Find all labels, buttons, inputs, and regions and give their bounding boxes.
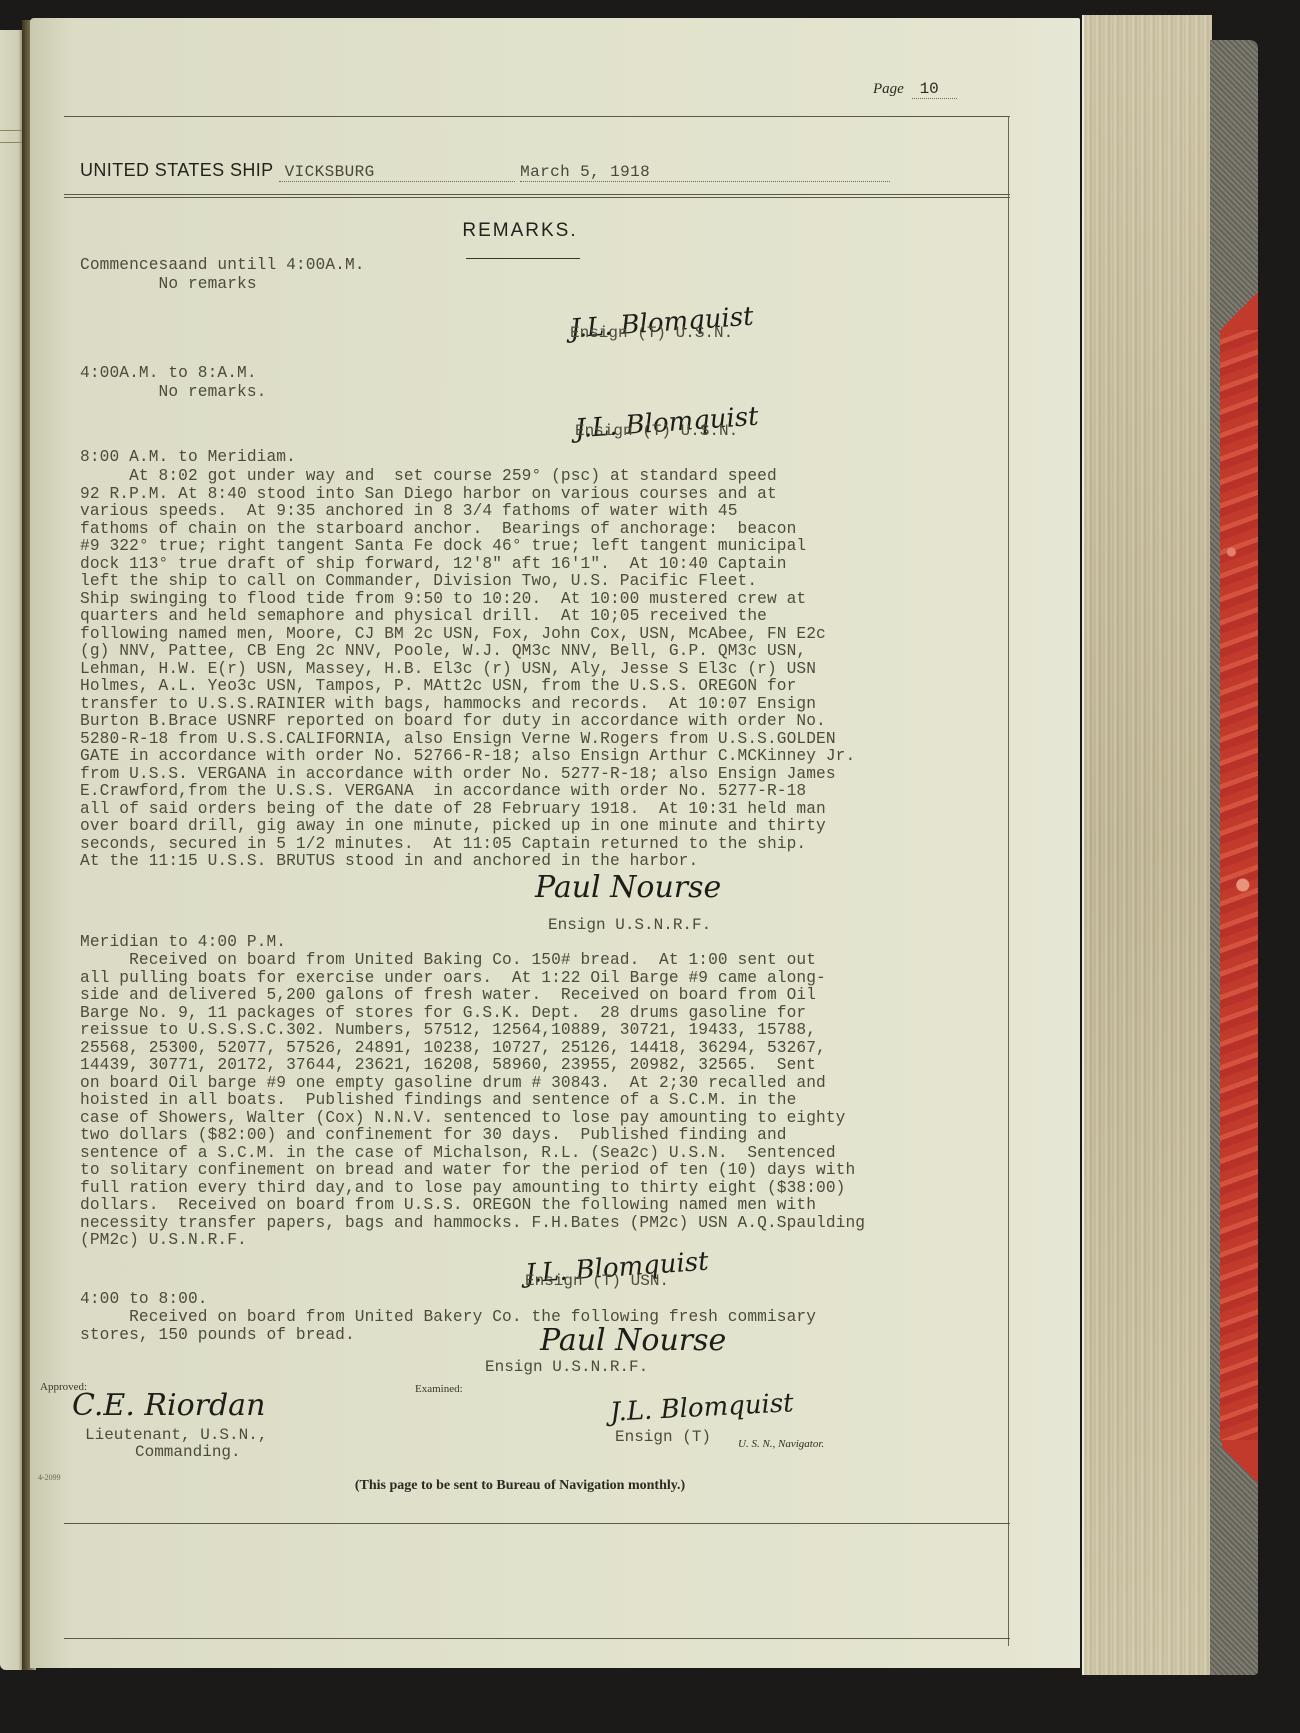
examined-label: Examined: (415, 1383, 463, 1395)
signer-title: Ensign U.S.N.R.F. (548, 916, 711, 934)
watch-body-line: At 8:02 got under way and set course 259… (80, 467, 777, 486)
watch-body-line: Ship swinging to flood tide from 9:50 to… (80, 590, 806, 609)
watch-body-line: two dollars ($82:00) and confinement for… (80, 1126, 787, 1145)
watch-body-line: Lehman, H.W. E(r) USN, Massey, H.B. El3c… (80, 660, 816, 679)
watch-body-line: No remarks (80, 275, 257, 294)
signer-title: Ensign (T) USN. (525, 1272, 669, 1290)
footer-top-rule (64, 1523, 1010, 1524)
watch-body-line: full ration every third day,and to lose … (80, 1179, 846, 1198)
watch-heading: Commencesaand untill 4:00A.M. (80, 256, 365, 275)
watch-body-line: following named men, Moore, CJ BM 2c USN… (80, 625, 826, 644)
watch-body-line: #9 322° true; right tangent Santa Fe doc… (80, 537, 806, 556)
marbled-cover-paper (1220, 330, 1258, 1440)
watch-body-line: from U.S.S. VERGANA in accordance with o… (80, 765, 836, 784)
watch-body-line: No remarks. (80, 383, 266, 402)
page-edges-stack (1082, 15, 1212, 1675)
watch-body-line: 14439, 30771, 20172, 37644, 23621, 16208… (80, 1056, 816, 1075)
watch-body-line: Holmes, A.L. Yeo3c USN, Tampos, P. MAtt2… (80, 677, 796, 696)
watch-body-line: left the ship to call on Commander, Divi… (80, 572, 757, 591)
bureau-note: (This page to be sent to Bureau of Navig… (30, 1478, 1010, 1494)
watch-body-line: 25568, 25300, 52077, 57526, 24891, 10238… (80, 1039, 826, 1058)
watch-body-line: E.Crawford,from the U.S.S. VERGANA in ac… (80, 782, 806, 801)
ship-label: UNITED STATES SHIP (80, 160, 273, 180)
watch-heading: 4:00A.M. to 8:A.M. (80, 364, 257, 383)
marbled-cover-corner (1222, 285, 1258, 335)
watch-body-line: Burton B.Brace USNRF reported on board f… (80, 712, 826, 731)
title-underline (466, 258, 580, 259)
left-page-rule (0, 130, 24, 131)
signer-title: Ensign (T) U.S.N. (570, 324, 733, 342)
watch-body-line: on board Oil barge #9 one empty gasoline… (80, 1074, 826, 1093)
log-date: March 5, 1918 (520, 163, 890, 182)
approved-title-commanding: Commanding. (135, 1443, 241, 1461)
page-number-value: 10 (912, 80, 957, 99)
watch-body-line: over board drill, gig away in one minute… (80, 817, 826, 836)
watch-body-line: reissue to U.S.S.S.C.302. Numbers, 57512… (80, 1021, 816, 1040)
frame-right-rule (1008, 116, 1009, 1646)
ship-name: VICKSBURG (279, 163, 515, 182)
watch-body-line: to solitary confinement on bread and wat… (80, 1161, 855, 1180)
watch-body-line: 92 R.P.M. At 8:40 stood into San Diego h… (80, 485, 777, 504)
signer-title: Ensign (T) U.S.N. (575, 422, 738, 440)
watch-body-line: (PM2c) U.S.N.R.F. (80, 1231, 247, 1250)
watch-body-line: Barge No. 9, 11 packages of stores for G… (80, 1004, 806, 1023)
log-page: Page 10 UNITED STATES SHIP VICKSBURG Mar… (30, 18, 1080, 1668)
navigator-label: U. S. N., Navigator. (738, 1438, 824, 1450)
watch-body-line: quarters and held semaphore and physical… (80, 607, 767, 626)
watch-body-line: seconds, secured in 5 1/2 minutes. At 11… (80, 835, 806, 854)
watch-body-line: dollars. Received on board from U.S.S. O… (80, 1196, 816, 1215)
watch-body-line: 5280-R-18 from U.S.S.CALIFORNIA, also En… (80, 730, 836, 749)
watch-body-line: hoisted in all boats. Published findings… (80, 1091, 796, 1110)
page-number: Page 10 (873, 80, 957, 98)
marbled-cover-corner (1222, 1440, 1258, 1490)
frame-top-rule (64, 116, 1010, 117)
watch-heading: 4:00 to 8:00. (80, 1290, 208, 1309)
watch-heading: Meridian to 4:00 P.M. (80, 933, 286, 952)
page-label: Page (873, 81, 904, 97)
watch-body-line: fathoms of chain on the starboard anchor… (80, 520, 796, 539)
watch-body-line: transfer to U.S.S.RAINIER with bags, ham… (80, 695, 816, 714)
watch-body-line: GATE in accordance with order No. 52766-… (80, 747, 855, 766)
watch-body-line: dock 113° true draft of ship forward, 12… (80, 555, 787, 574)
left-page-rule (0, 142, 24, 143)
examined-title: Ensign (T) (615, 1428, 711, 1446)
signer-title: Ensign U.S.N.R.F. (485, 1358, 648, 1376)
signature: Paul Nourse (535, 870, 721, 905)
watch-body-line: all of said orders being of the date of … (80, 800, 826, 819)
watch-body-line: (g) NNV, Pattee, CB Eng 2c NNV, Poole, W… (80, 642, 806, 661)
watch-body-line: At the 11:15 U.S.S. BRUTUS stood in and … (80, 852, 698, 871)
watch-body-line: case of Showers, Walter (Cox) N.N.V. sen… (80, 1109, 846, 1128)
signature: Paul Nourse (540, 1323, 726, 1358)
watch-body-line: all pulling boats for exercise under oar… (80, 969, 826, 988)
watch-body-line: Received on board from United Baking Co.… (80, 951, 816, 970)
watch-body-line: necessity transfer papers, bags and hamm… (80, 1214, 865, 1233)
watch-heading: 8:00 A.M. to Meridiam. (80, 448, 296, 467)
examined-signature: J.L. Blomquist (609, 1388, 794, 1428)
watch-body-line: various speeds. At 9:35 anchored in 8 3/… (80, 502, 738, 521)
watch-body-line: sentence of a S.C.M. in the case of Mich… (80, 1144, 836, 1163)
frame-header-rule (64, 194, 1010, 198)
approved-title: Lieutenant, U.S.N., (85, 1426, 267, 1444)
ship-header: UNITED STATES SHIP VICKSBURG March 5, 19… (80, 160, 890, 181)
section-title: REMARKS. (30, 220, 1010, 242)
watch-body-line: side and delivered 5,200 galons of fresh… (80, 986, 816, 1005)
watch-body-line: stores, 150 pounds of bread. (80, 1326, 355, 1345)
footer-bottom-rule (64, 1638, 1010, 1639)
approved-signature: C.E. Riordan (72, 1388, 265, 1423)
